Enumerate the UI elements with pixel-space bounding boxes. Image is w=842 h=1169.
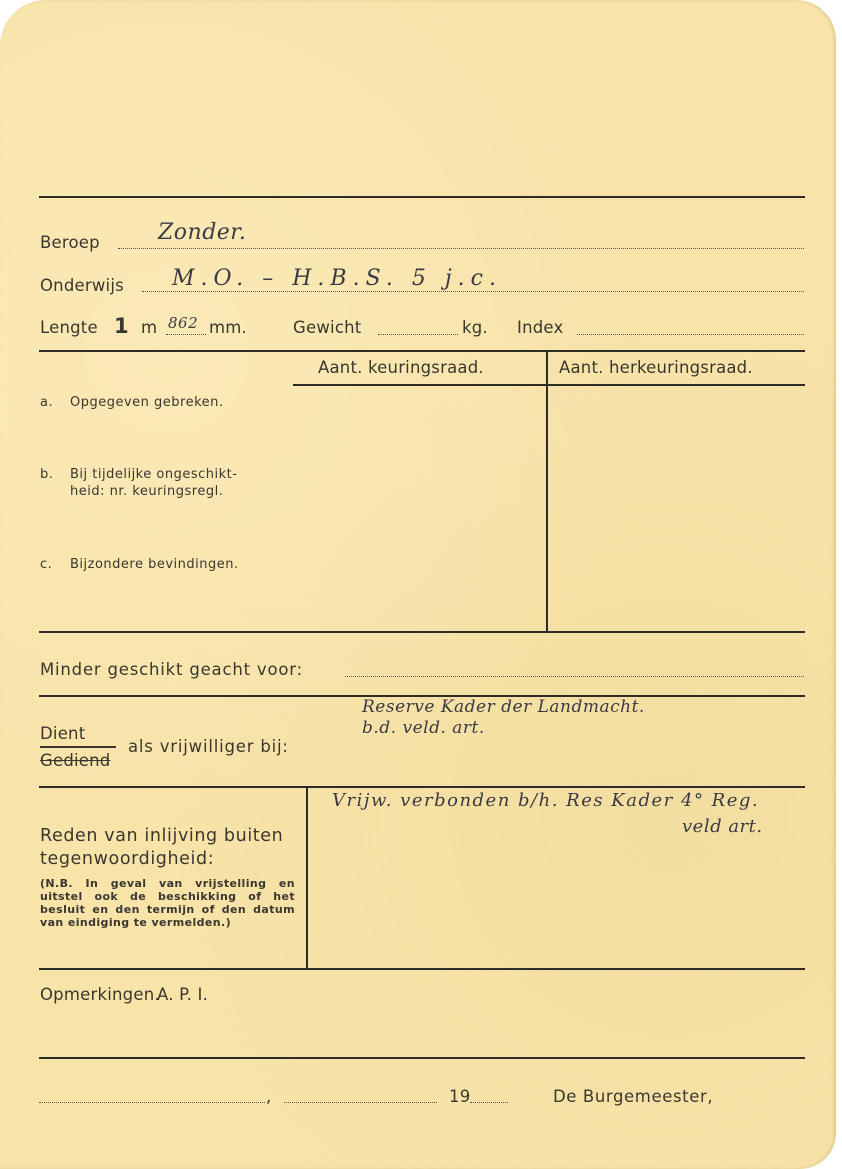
beroep-field-line	[118, 248, 804, 249]
vrijwilliger-value-line2[interactable]: b.d. veld. art.	[362, 718, 485, 738]
lengte-meters: 1	[114, 314, 129, 338]
year-prefix: 19	[449, 1087, 470, 1106]
date-field-line[interactable]	[284, 1102, 437, 1103]
minder-geschikt-label: Minder geschikt geacht voor:	[40, 660, 303, 679]
lengte-mm-field-line	[166, 334, 206, 335]
divider-table-column	[546, 352, 548, 632]
footer-comma: ,	[266, 1087, 271, 1106]
lengte-mm-unit: mm.	[209, 318, 247, 337]
row-b-text-line1: Bij tijdelijke ongeschikt-	[70, 467, 237, 482]
index-label: Index	[517, 318, 563, 337]
minder-geschikt-field-line[interactable]	[345, 676, 804, 677]
onderwijs-field-line	[142, 291, 804, 292]
option-gediend-struck[interactable]: Gediend	[40, 751, 110, 770]
divider-reden-top	[39, 786, 805, 788]
vrijwilliger-label: als vrijwilliger bij:	[128, 737, 289, 756]
onderwijs-label: Onderwijs	[40, 276, 124, 295]
reden-note: (N.B. In geval van vrijstelling en uitst…	[40, 877, 295, 929]
col-header-keuringsraad: Aant. keuringsraad.	[318, 358, 484, 377]
beroep-value[interactable]: Zonder.	[158, 220, 246, 245]
year-field-line[interactable]	[470, 1102, 508, 1103]
place-field-line[interactable]	[39, 1102, 265, 1103]
divider-reden-column	[306, 787, 308, 969]
vrijwilliger-value-line1[interactable]: Reserve Kader der Landmacht.	[362, 697, 645, 717]
gewicht-field-line[interactable]	[378, 334, 458, 335]
lengte-mm-value[interactable]: 862	[168, 314, 198, 332]
divider-opmerkingen-top	[39, 968, 805, 970]
beroep-label: Beroep	[40, 233, 100, 252]
signature-label: De Burgemeester,	[553, 1087, 713, 1106]
onderwijs-value[interactable]: M.O. – H.B.S. 5 j.c.	[172, 266, 502, 291]
reden-title-line2: tegenwoordigheid:	[40, 849, 214, 869]
index-field-line[interactable]	[577, 334, 804, 335]
row-c-marker: c.	[40, 557, 52, 572]
reden-note-line1: (N.B. In geval van vrijstelling en	[40, 877, 295, 890]
divider-footer-top	[39, 1057, 805, 1059]
opmerkingen-value[interactable]: A. P. I.	[157, 985, 208, 1004]
gewicht-label: Gewicht	[293, 318, 361, 337]
divider-table-top	[39, 350, 805, 352]
reden-value-line1[interactable]: Vrijw. verbonden b/h. Res Kader 4° Reg.	[332, 790, 759, 811]
row-c-text: Bijzondere bevindingen.	[70, 557, 239, 572]
row-a-marker: a.	[40, 395, 53, 410]
lengte-label: Lengte	[40, 318, 98, 337]
divider-table-bottom	[39, 631, 805, 633]
opmerkingen-label: Opmerkingen.	[40, 985, 160, 1004]
reden-note-line2: uitstel ook de beschikking of het	[40, 890, 295, 903]
divider-top	[39, 196, 805, 198]
reden-note-line3: besluit en den termijn of den datum	[40, 903, 295, 916]
fraction-line	[40, 746, 116, 748]
reden-note-line4: van eindiging te vermelden.)	[40, 916, 295, 929]
row-a-text: Opgegeven gebreken.	[70, 395, 224, 410]
divider-table-header	[293, 384, 805, 386]
reden-value-line2[interactable]: veld art.	[682, 816, 763, 837]
lengte-m-unit: m	[141, 318, 157, 337]
gewicht-unit: kg.	[462, 318, 488, 337]
row-b-marker: b.	[40, 467, 53, 482]
option-dient[interactable]: Dient	[40, 724, 85, 743]
col-header-herkeuringsraad: Aant. herkeuringsraad.	[559, 358, 753, 377]
row-b-text-line2: heid: nr. keuringsregl.	[70, 484, 223, 499]
reden-title-line1: Reden van inlijving buiten	[40, 826, 283, 846]
